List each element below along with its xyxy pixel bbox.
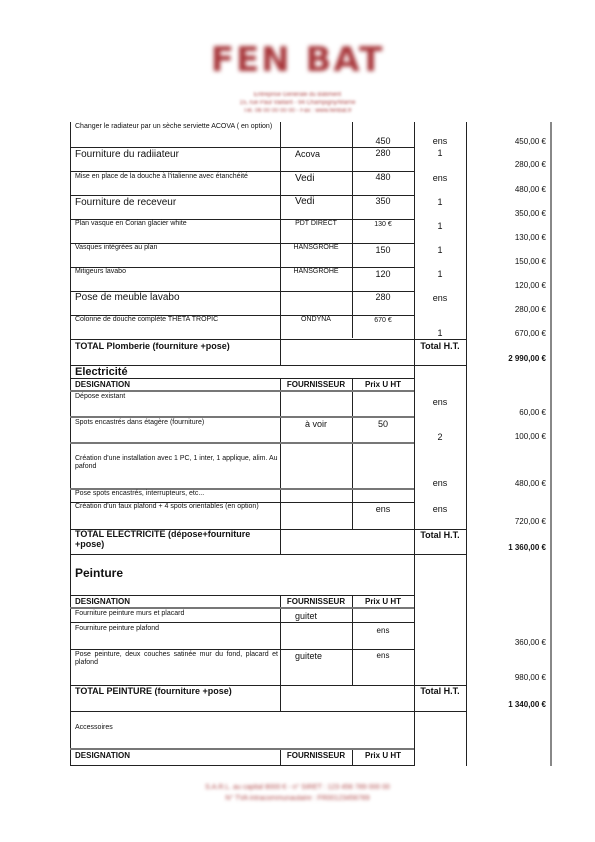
section-title: Accessoires: [75, 724, 113, 732]
column-header-prix: Prix U HT: [352, 751, 414, 760]
designation-cell: Colonne de douche complète THETA TROPIC: [75, 316, 218, 324]
fournisseur-cell: ONDYNA: [280, 316, 352, 324]
unite-cell: 1: [414, 148, 466, 158]
designation-cell: Mise en place de la douche à l'italienne…: [75, 173, 248, 181]
fournisseur-cell: Vedi: [295, 173, 314, 185]
fournisseur-cell: HANSGROHE: [280, 268, 352, 276]
column-header-prix: Prix U HT: [352, 380, 414, 389]
total-cell: 450,00 €: [466, 137, 546, 146]
total-cell: 360,00 €: [466, 638, 546, 647]
total-cell: 130,00 €: [466, 233, 546, 242]
total-cell: 120,00 €: [466, 281, 546, 290]
unite-cell: ens: [414, 504, 466, 514]
designation-cell: Pose peinture, deux couches satinée mur …: [75, 651, 278, 667]
total-label: TOTAL ELECTRICITE (dépose+fourniture +po…: [75, 529, 280, 550]
designation-cell: Fourniture peinture murs et placard: [75, 610, 184, 618]
fournisseur-cell: guitet: [295, 611, 317, 621]
total-value: 2 990,00 €: [466, 354, 546, 363]
total-cell: 350,00 €: [466, 209, 546, 218]
unite-cell: ens: [414, 478, 466, 488]
total-cell: 670,00 €: [466, 329, 546, 338]
total-label: TOTAL Plomberie (fourniture +pose): [75, 341, 230, 351]
prix-cell: ens: [352, 626, 414, 635]
column-header-prix: Prix U HT: [352, 597, 414, 606]
total-label: TOTAL PEINTURE (fourniture +pose): [75, 686, 232, 696]
row-divider: [70, 748, 414, 750]
row-divider: [70, 554, 466, 555]
designation-cell: Création d'un faux plafond + 4 spots ori…: [75, 503, 280, 511]
total-ht-label: Total H.T.: [414, 686, 466, 696]
prix-cell: 150: [352, 245, 414, 255]
prix-cell: ens: [352, 504, 414, 514]
address-line: Tél. 06 00 00 00 00 - Fax : www.fenbat.f…: [0, 108, 595, 114]
total-cell: 480,00 €: [466, 185, 546, 194]
fournisseur-cell: Vedi: [295, 196, 314, 208]
total-cell: 480,00 €: [466, 479, 546, 488]
col-divider: [414, 122, 415, 766]
section-title: Peinture: [75, 567, 123, 581]
col-divider: [280, 595, 281, 711]
address-line: Entreprise Générale du Bâtiment: [0, 92, 595, 98]
row-divider: [70, 442, 414, 444]
table-border-right: [550, 122, 552, 766]
total-cell: 100,00 €: [466, 432, 546, 441]
total-cell: 980,00 €: [466, 673, 546, 682]
total-cell: 150,00 €: [466, 257, 546, 266]
column-header-designation: DESIGNATION: [75, 597, 130, 606]
column-header-designation: DESIGNATION: [75, 380, 130, 389]
designation-cell: Spots encastrés dans étagère (fourniture…: [75, 419, 204, 427]
prix-cell: 480: [352, 172, 414, 182]
prix-cell: 350: [352, 196, 414, 206]
unite-cell: 1: [414, 269, 466, 279]
column-header-fournisseur: FOURNISSEUR: [280, 380, 352, 389]
footer-line: S.A.R.L. au capital 8000 € - n° SIRET : …: [0, 784, 595, 791]
designation-cell: Pose spots encastrés, interrupteurs, etc…: [75, 490, 204, 498]
prix-cell: 120: [352, 269, 414, 279]
prix-cell: 280: [352, 292, 414, 302]
unite-cell: ens: [414, 293, 466, 303]
fournisseur-cell: Acova: [295, 149, 320, 159]
fournisseur-cell: à voir: [280, 419, 352, 429]
prix-cell: 450: [352, 136, 414, 146]
row-divider: [70, 595, 414, 596]
row-divider: [70, 390, 414, 392]
total-cell: 280,00 €: [466, 305, 546, 314]
total-cell: 720,00 €: [466, 517, 546, 526]
fournisseur-cell: PDT DIRECT: [280, 220, 352, 228]
address-line: 15, rue Paul Vaillant - 94 Champigny/Mar…: [0, 100, 595, 106]
footer-line: N° TVA intracommunautaire : FR0012345678…: [0, 795, 595, 802]
column-header-designation: DESIGNATION: [75, 751, 130, 760]
prix-cell: ens: [352, 651, 414, 660]
unite-cell: ens: [414, 397, 466, 407]
prix-cell: 670 €: [352, 317, 414, 325]
designation-cell: Vasques intégrées au plan: [75, 244, 157, 252]
column-header-fournisseur: FOURNISSEUR: [280, 597, 352, 606]
prix-cell: 50: [352, 419, 414, 429]
row-divider: [70, 607, 414, 609]
row-divider: [70, 765, 414, 766]
row-divider: [70, 622, 414, 623]
prix-cell: 130 €: [352, 221, 414, 229]
unite-cell: 1: [414, 245, 466, 255]
total-cell: 280,00 €: [466, 160, 546, 169]
fournisseur-cell: HANSGROHE: [280, 244, 352, 252]
unite-cell: ens: [414, 173, 466, 183]
designation-cell: Mitigeurs lavabo: [75, 268, 126, 276]
row-divider: [70, 365, 466, 366]
unite-cell: 1: [414, 197, 466, 207]
row-divider: [70, 711, 466, 712]
designation-cell: Plan vasque en Corian glacier white: [75, 220, 187, 228]
designation-cell: Fourniture du radiiateur: [75, 149, 179, 161]
letterhead: FEN BAT Entreprise Générale du Bâtiment …: [0, 0, 595, 122]
col-divider: [466, 122, 467, 766]
designation-cell: Pose de meuble lavabo: [75, 292, 180, 304]
total-value: 1 340,00 €: [466, 700, 546, 709]
col-divider: [280, 378, 281, 554]
company-logo: FEN BAT: [0, 40, 595, 80]
designation-cell: Dépose existant: [75, 393, 125, 401]
designation-cell: Changer le radiateur par un sèche servie…: [75, 123, 280, 131]
total-value: 1 360,00 €: [466, 543, 546, 552]
row-divider: [70, 416, 414, 418]
total-ht-label: Total H.T.: [414, 341, 466, 351]
section-title: Electricité: [75, 366, 128, 379]
designation-cell: Fourniture peinture plafond: [75, 625, 159, 633]
unite-cell: 2: [414, 432, 466, 442]
prix-cell: 280: [352, 148, 414, 158]
row-divider: [70, 339, 466, 340]
column-header-fournisseur: FOURNISSEUR: [280, 751, 352, 760]
unite-cell: ens: [414, 136, 466, 146]
designation-cell: Fourniture de receveur: [75, 197, 176, 209]
total-cell: 60,00 €: [466, 408, 546, 417]
row-divider: [70, 649, 414, 650]
total-ht-label: Total H.T.: [414, 530, 466, 540]
designation-cell: Création d'une installation avec 1 PC, 1…: [75, 455, 280, 471]
fournisseur-cell: guitete: [295, 651, 322, 661]
unite-cell: 1: [414, 328, 466, 338]
unite-cell: 1: [414, 221, 466, 231]
